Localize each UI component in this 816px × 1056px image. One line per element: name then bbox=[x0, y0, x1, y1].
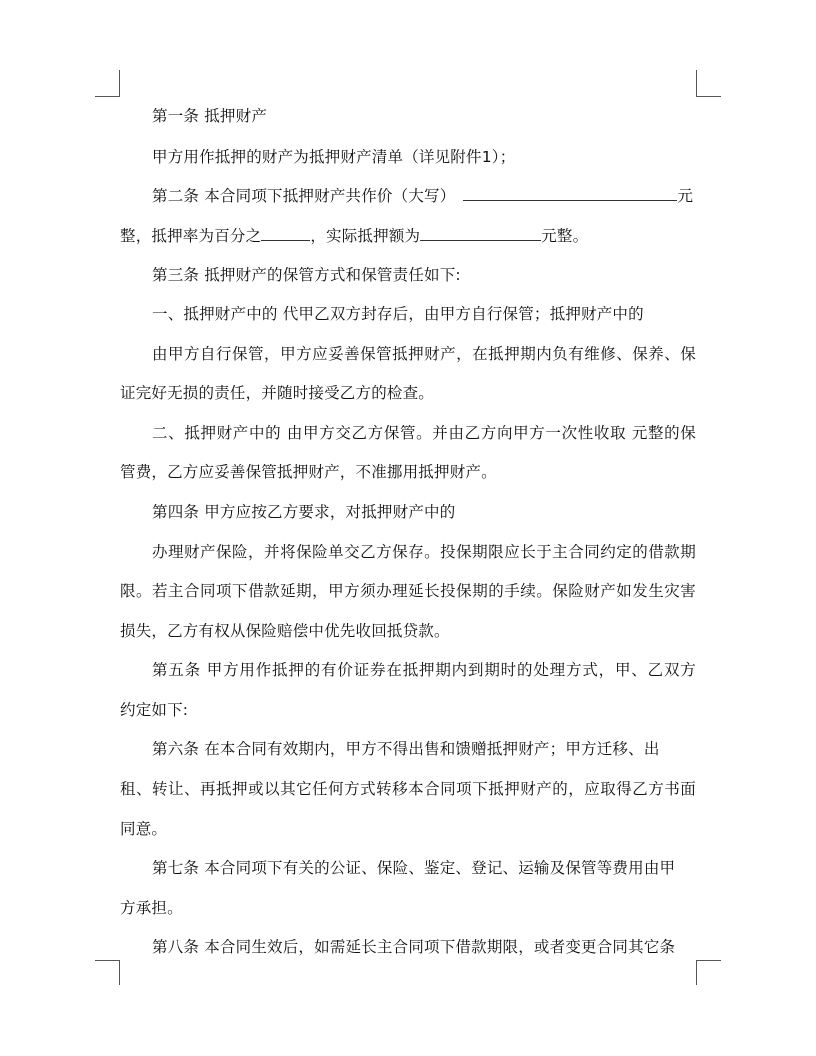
mortgage-rate-label: 整，抵押率为百分之 bbox=[120, 227, 261, 245]
article-3-item-2-end: 管费，乙方应妥善保管抵押财产，不准挪用抵押财产。 bbox=[120, 460, 696, 484]
article-6-body-2: 租、转让、再抵押或以其它任何方式转移本合同项下抵押财产的，应取得乙方书面 bbox=[120, 777, 696, 801]
crop-mark-bottom-right-v bbox=[696, 960, 697, 985]
article-6-body: 第六条 在本合同有效期内，甲方不得出售和馈赠抵押财产；甲方迁移、出 bbox=[152, 737, 696, 761]
yuan-label: 元 bbox=[677, 187, 693, 205]
valuation-blank[interactable] bbox=[463, 184, 677, 201]
article-5-end: 约定如下: bbox=[120, 698, 696, 722]
article-3-item-1-end: 证完好无损的责任，并随时接受乙方的检查。 bbox=[120, 381, 696, 405]
article-1-body: 甲方用作抵押的财产为抵押财产清单（详见附件1）； bbox=[152, 145, 696, 169]
article-3-item-2: 二、抵押财产中的 由甲方交乙方保管。并由乙方向甲方一次性收取 元整的保 bbox=[152, 421, 696, 445]
mortgage-rate-blank[interactable] bbox=[261, 224, 310, 241]
article-4-body-2: 限。若主合同项下借款延期，甲方须办理延长投保期的手续。保险财产如发生灾害 bbox=[120, 579, 696, 603]
article-2-line-1: 第二条 本合同项下抵押财产共作价（大写）元 bbox=[152, 184, 696, 208]
mortgage-amount-blank[interactable] bbox=[420, 224, 541, 241]
article-8-body: 第八条 本合同生效后，如需延长主合同项下借款期限，或者变更合同其它条 bbox=[152, 935, 696, 959]
article-7-end: 方承担。 bbox=[120, 896, 696, 920]
article-3-item-1-cont: 由甲方自行保管，甲方应妥善保管抵押财产，在抵押期内负有维修、保养、保 bbox=[152, 342, 696, 366]
article-4-heading: 第四条 甲方应按乙方要求，对抵押财产中的 bbox=[152, 500, 696, 524]
article-5-body: 第五条 甲方用作抵押的有价证券在抵押期内到期时的处理方式，甲、乙双方 bbox=[152, 658, 696, 682]
article-6-end: 同意。 bbox=[120, 817, 696, 841]
crop-mark-bottom-left-v bbox=[119, 960, 120, 985]
article-3-item-1: 一、抵押财产中的 代甲乙双方封存后，由甲方自行保管；抵押财产中的 bbox=[152, 302, 696, 326]
crop-mark-top-left-h bbox=[95, 96, 120, 97]
mortgage-amount-label: ，实际抵押额为 bbox=[310, 227, 420, 245]
article-2-line-2: 整，抵押率为百分之，实际抵押额为元整。 bbox=[120, 224, 696, 248]
crop-mark-bottom-right-h bbox=[696, 960, 721, 961]
crop-mark-top-right-v bbox=[696, 70, 697, 96]
article-7-body: 第七条 本合同项下有关的公证、保险、鉴定、登记、运输及保管等费用由甲 bbox=[152, 856, 696, 880]
article-4-body-3: 损失，乙方有权从保险赔偿中优先收回抵贷款。 bbox=[120, 619, 696, 643]
article-4-body-1: 办理财产保险，并将保险单交乙方保存。投保期限应长于主合同约定的借款期 bbox=[152, 540, 696, 564]
crop-mark-top-right-h bbox=[696, 96, 721, 97]
crop-mark-bottom-left-h bbox=[95, 960, 120, 961]
crop-mark-top-left-v bbox=[119, 70, 120, 96]
article-3-heading: 第三条 抵押财产的保管方式和保管责任如下: bbox=[152, 263, 696, 287]
yuan-whole-label: 元整。 bbox=[541, 227, 588, 245]
article-2-text: 第二条 本合同项下抵押财产共作价（大写） bbox=[152, 187, 455, 205]
article-1-heading: 第一条 抵押财产 bbox=[152, 104, 696, 128]
document-page: 第一条 抵押财产 甲方用作抵押的财产为抵押财产清单（详见附件1）； 第二条 本合… bbox=[0, 0, 816, 1056]
